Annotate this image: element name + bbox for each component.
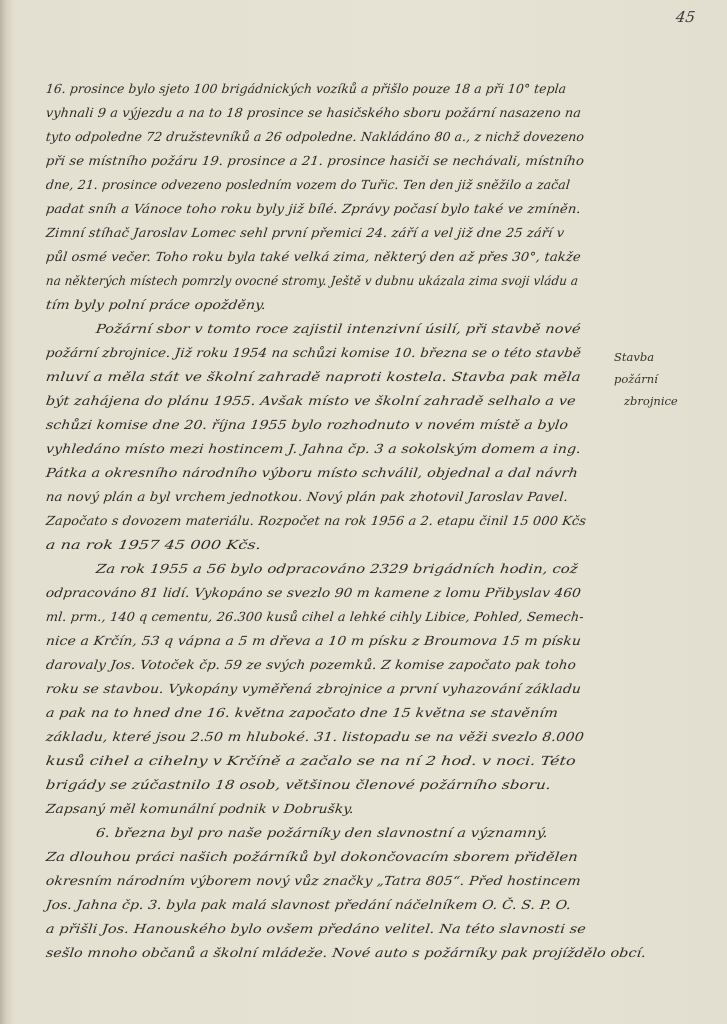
- handwritten-line: být zahájena do plánu 1955. Avšak místo …: [45, 393, 577, 408]
- handwritten-line: darovaly Jos. Votoček čp. 59 ze svých po…: [45, 657, 577, 672]
- handwritten-line: tyto odpoledne 72 družstevníků a 26 odpo…: [45, 129, 585, 144]
- handwritten-line: základu, které jsou 2.50 m hluboké. 31. …: [45, 729, 585, 744]
- chronicle-page: 45 16. prosince bylo sjeto 100 brigádnic…: [0, 0, 727, 1024]
- handwritten-line: 6. března byl pro naše požárníky den sla…: [95, 825, 549, 840]
- handwritten-line: nice a Krčín, 53 q vápna a 5 m dřeva a 1…: [45, 633, 582, 648]
- handwritten-line: požární zbrojnice. Již roku 1954 na schů…: [45, 345, 582, 360]
- handwritten-line: ml. prm., 140 q cementu, 26.300 kusů cih…: [45, 609, 584, 624]
- handwritten-line: Požární sbor v tomto roce zajistil inten…: [95, 321, 582, 336]
- handwritten-line: Zimní stíhač Jaroslav Lomec sehl první p…: [45, 225, 565, 240]
- handwritten-line: a na rok 1957 45 000 Kčs.: [45, 537, 262, 552]
- handwritten-line: padat sníh a Vánoce toho roku byly již b…: [45, 201, 582, 216]
- handwritten-line: Za rok 1955 a 56 bylo odpracováno 2329 b…: [95, 561, 579, 576]
- handwritten-line: mluví a měla stát ve školní zahradě napr…: [45, 369, 582, 384]
- handwritten-line: vyhnali 9 a výjezdu a na to 18 prosince …: [45, 105, 582, 120]
- margin-note: Stavba požární zbrojnice: [614, 346, 678, 412]
- margin-note-line: zbrojnice: [614, 390, 678, 412]
- handwritten-line: dne, 21. prosince odvezeno posledním voz…: [45, 177, 571, 192]
- handwritten-line: Pátka a okresního národního výboru místo…: [45, 465, 579, 480]
- page-number: 45: [675, 8, 697, 26]
- handwritten-line: sešlo mnoho občanů a školní mládeže. Nov…: [45, 945, 647, 960]
- handwritten-line: při se místního požáru 19. prosince a 21…: [45, 153, 585, 168]
- handwritten-line: na některých místech pomrzly ovocné stro…: [45, 273, 579, 288]
- handwritten-line: roku se stavbou. Vykopány vyměřená zbroj…: [45, 681, 582, 696]
- handwritten-line: okresním národním výborem nový vůz značk…: [45, 873, 582, 888]
- margin-note-line: požární: [614, 368, 678, 390]
- handwritten-line: schůzi komise dne 20. října 1955 bylo ro…: [45, 417, 569, 432]
- handwritten-line: kusů cihel a cihelny v Krčíně a začalo s…: [45, 753, 577, 768]
- handwritten-line: 16. prosince bylo sjeto 100 brigádnickýc…: [45, 81, 567, 96]
- handwritten-line: na nový plán a byl vrchem jednotkou. Nov…: [45, 489, 569, 504]
- handwritten-line: vyhledáno místo mezi hostincem J. Jahna …: [45, 441, 582, 456]
- handwritten-line: Zapsaný měl komunální podnik v Dobrušky.: [45, 801, 355, 816]
- handwritten-line: odpracováno 81 lidí. Vykopáno se svezlo …: [45, 585, 582, 600]
- margin-note-line: Stavba: [614, 346, 678, 368]
- handwritten-line: Započato s dovozem materiálu. Rozpočet n…: [45, 513, 587, 528]
- handwritten-line: Jos. Jahna čp. 3. byla pak malá slavnost…: [45, 897, 572, 912]
- handwritten-line: tím byly polní práce opožděny.: [45, 297, 267, 312]
- handwritten-line: a přišli Jos. Hanouského bylo ovšem před…: [45, 921, 587, 936]
- handwritten-line: a pak na to hned dne 16. května započato…: [45, 705, 559, 720]
- handwritten-line: půl osmé večer. Toho roku byla také velk…: [45, 249, 582, 264]
- handwritten-line: brigády se zúčastnilo 18 osob, většinou …: [45, 777, 552, 792]
- handwritten-line: Za dlouhou práci našich požárníků byl do…: [45, 849, 579, 864]
